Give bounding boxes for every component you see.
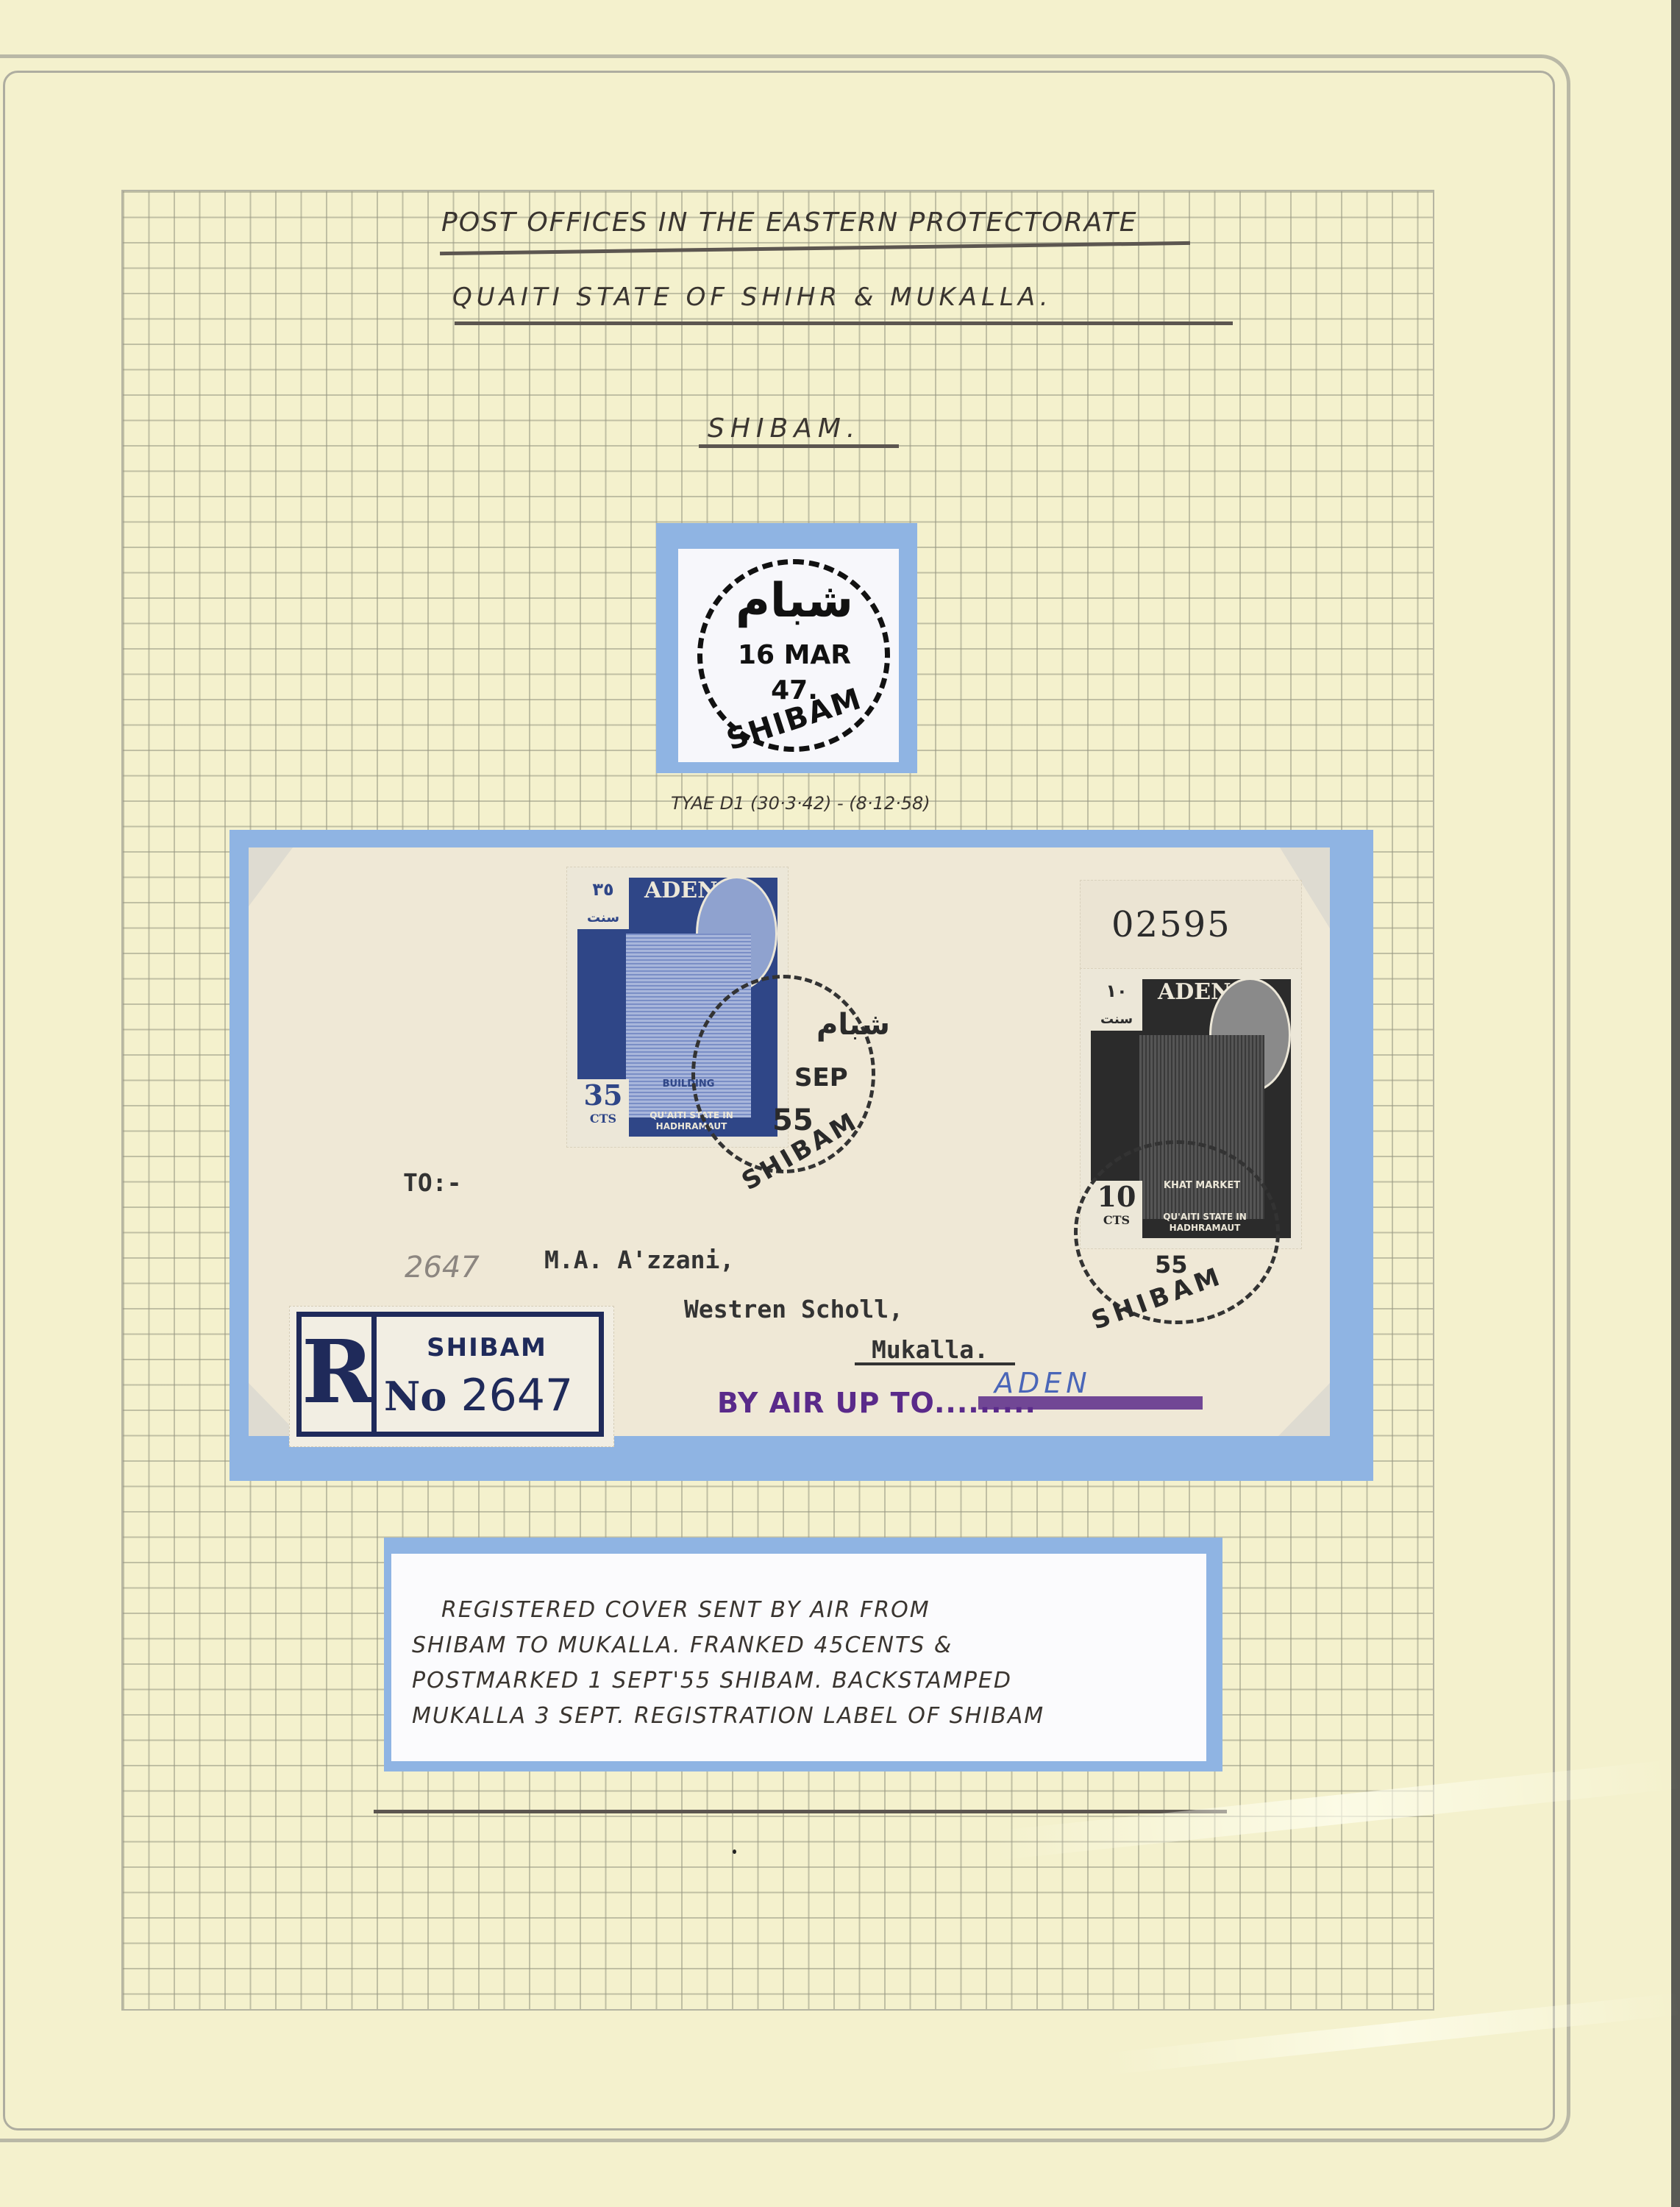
description-line: REGISTERED COVER SENT BY AIR FROM — [412, 1593, 1206, 1628]
address-line-2: Westren Scholl, — [684, 1295, 903, 1323]
value-unit: CTS — [577, 1112, 629, 1126]
value-arabic-numeral: ٣٥ — [592, 879, 613, 900]
page-subheading: QUAITI STATE OF SHIHR & MUKALLA. — [452, 282, 1053, 312]
registration-number-value: 2647 — [460, 1370, 573, 1421]
value-arabic-unit: سنت — [1100, 1012, 1133, 1027]
description-line: SHIBAM TO MUKALLA. FRANKED 45CENTS & — [412, 1628, 1206, 1663]
stamp-value-arabic: ١٠ سنت — [1091, 978, 1142, 1031]
registration-number-prefix: No — [384, 1373, 446, 1420]
ink-dot — [733, 1849, 736, 1854]
cancel-arabic: شبام — [816, 1008, 890, 1042]
page-heading: POST OFFICES IN THE EASTERN PROTECTORATE — [441, 207, 1137, 238]
subheading-underline — [455, 321, 1233, 325]
description-text: REGISTERED COVER SENT BY AIR FROM SHIBAM… — [412, 1593, 1206, 1734]
stamp-value-arabic: ٣٥ سنت — [577, 876, 629, 929]
address-line-3: Mukalla. — [872, 1335, 989, 1364]
description-line: POSTMARKED 1 SEPT'55 SHIBAM. BACKSTAMPED — [412, 1663, 1206, 1699]
postmark-arabic-town: شبام — [713, 574, 875, 628]
photo-corner-icon — [1271, 1383, 1330, 1436]
registration-letter: R — [302, 1317, 377, 1432]
sheet-number-selvage: 02595 — [1080, 880, 1302, 969]
address-name: M.A. A'zzani, — [544, 1245, 734, 1274]
registration-office: SHIBAM — [377, 1333, 597, 1362]
registration-box: R SHIBAM No 2647 — [296, 1312, 604, 1437]
description-line: MUKALLA 3 SEPT. REGISTRATION LABEL OF SH… — [412, 1699, 1206, 1734]
pencil-note: 2647 — [405, 1251, 480, 1284]
air-cachet-destination: ADEN — [994, 1367, 1092, 1399]
value-arabic-unit: سنت — [587, 910, 619, 925]
page-edge — [1671, 0, 1680, 2207]
cancel-date: SEP — [794, 1063, 848, 1092]
value-number: 35 — [577, 1079, 629, 1112]
sheet-number: 02595 — [1111, 904, 1231, 945]
bottom-rule — [374, 1810, 1227, 1813]
registration-number: No 2647 — [384, 1370, 573, 1421]
postmark-type-caption: TYAE D1 (30·3·42) - (8·12·58) — [671, 793, 930, 814]
value-arabic-numeral: ١٠ — [1106, 981, 1127, 1001]
section-title-underline — [699, 444, 899, 448]
section-title: SHIBAM. — [708, 413, 861, 444]
address-underline — [855, 1362, 1015, 1365]
air-cachet: BY AIR UP TO......... — [717, 1387, 1036, 1419]
stamp-value: 35 CTS — [577, 1079, 629, 1137]
address-to-label: TO:- — [403, 1168, 461, 1197]
photo-corner-icon — [249, 847, 307, 914]
postmark-date: 16 MAR — [706, 640, 883, 670]
